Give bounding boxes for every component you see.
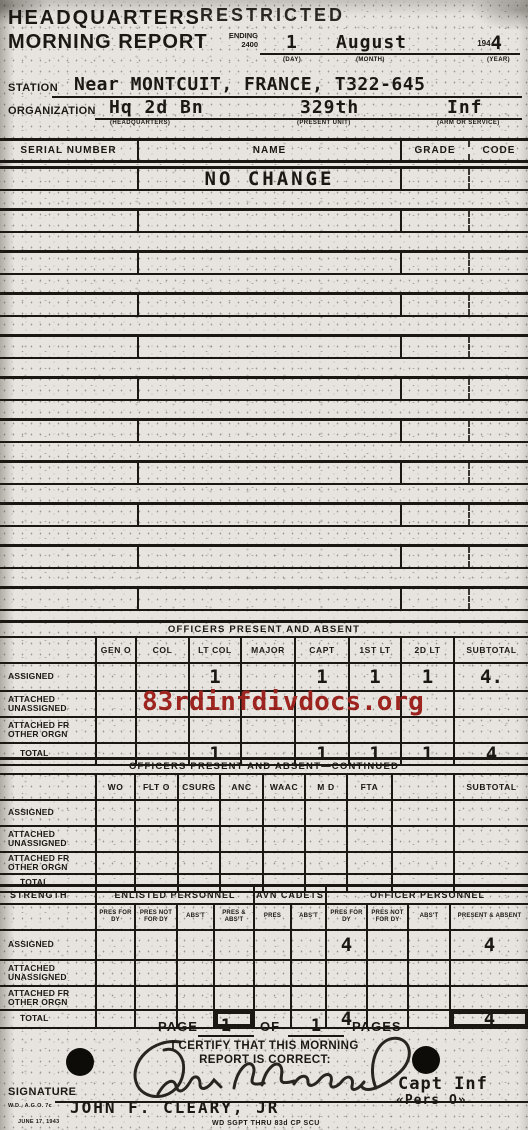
value-cell: 4. (453, 664, 528, 690)
roster-cell (468, 547, 528, 567)
value-cell (453, 827, 528, 851)
officers-table-title: OFFICERS PRESENT AND ABSENT (0, 620, 528, 638)
report-day: 1 (286, 32, 298, 53)
value-cell (219, 853, 262, 873)
strength-column-header-row: PRES FOR DYPRES NOT FOR DYABS'TPRES & AB… (0, 905, 528, 931)
value-cell (176, 931, 213, 959)
ending-label: ENDING (218, 31, 258, 40)
roster-cell (468, 211, 528, 231)
value-cell (176, 987, 213, 1009)
value-cell (453, 801, 528, 825)
column-header-row: WOFLT OCSURGANCWAACM DFTASUBTOTAL (0, 775, 528, 801)
col-header-subtotal: SUBTOTAL (453, 638, 528, 662)
signer-rank: Capt Inf (398, 1074, 488, 1094)
strength-corner-label: STRENGTH (0, 887, 95, 903)
roster-col-header-serial-number: SERIAL NUMBER (0, 141, 137, 160)
roster-row-empty (0, 376, 528, 401)
roster-cell (0, 589, 137, 609)
col-header-present-absent: PRESENT & ABSENT (449, 905, 528, 929)
arm-or-service-caption: (ARM OR SERVICE) (437, 120, 500, 126)
roster-cell (400, 589, 468, 609)
roster-cell (468, 463, 528, 483)
roster-cell (0, 169, 137, 189)
value-cell (453, 853, 528, 873)
col-header-capt: CAPT (294, 638, 348, 662)
roster-cell (400, 253, 468, 273)
value-cell (134, 801, 177, 825)
roster-cell (400, 337, 468, 357)
roster-cell (137, 547, 400, 567)
watermark: 83rdinfdivdocs.org (142, 687, 424, 717)
roster-row-empty (0, 208, 528, 233)
value-cell (304, 801, 346, 825)
roster-cell (0, 547, 137, 567)
value-cell (366, 961, 407, 985)
roster-row-empty (0, 460, 528, 485)
value-cell (391, 853, 453, 873)
roster-cell (137, 253, 400, 273)
handwritten-signature (122, 1028, 422, 1113)
row-label-attached-fr-other-orgn: ATTACHED FR OTHER ORGN (0, 718, 95, 742)
value-cell (95, 931, 134, 959)
value-cell (304, 827, 346, 851)
punch-hole-left (66, 1048, 94, 1076)
roster-cell (0, 379, 137, 399)
col-header-abs-t: ABS'T (176, 905, 213, 929)
roster-cell (0, 211, 137, 231)
value-cell (134, 961, 176, 985)
roster-row-empty (0, 334, 528, 359)
value-cell (95, 853, 134, 873)
data-row-attached-fr-other-orgn: ATTACHED FR OTHER ORGN (0, 987, 528, 1011)
roster-cell (400, 169, 468, 189)
roster-row-empty (0, 544, 528, 569)
year-preprint: 194 (477, 39, 490, 48)
value-cell (177, 801, 219, 825)
roster-row-empty (0, 250, 528, 275)
roster-cell (137, 589, 400, 609)
roster-col-header-code: CODE (468, 141, 528, 160)
roster-cell (468, 253, 528, 273)
roster-cell (0, 421, 137, 441)
value-cell (95, 987, 134, 1009)
value-cell (95, 961, 134, 985)
group-header-enlisted-personnel: ENLISTED PERSONNEL (95, 887, 253, 903)
value-cell (407, 931, 449, 959)
col-header-pres-abs-t: PRES & ABS'T (213, 905, 253, 929)
roster-cell (400, 505, 468, 525)
roster-cell (137, 379, 400, 399)
roster-cell (468, 421, 528, 441)
roster-cell (400, 379, 468, 399)
value-cell (346, 853, 391, 873)
morning-report-title: MORNING REPORT (8, 31, 208, 54)
col-header-abs-t: ABS'T (290, 905, 325, 929)
value-cell (135, 718, 188, 742)
roster-cell (0, 295, 137, 315)
col-header-subtotal: SUBTOTAL (453, 775, 528, 799)
data-row-assigned: ASSIGNED (0, 801, 528, 827)
col-header-pres-for-dy: PRES FOR DY (325, 905, 366, 929)
value-cell (219, 801, 262, 825)
roster-cell (468, 337, 528, 357)
col-header-pres-not-for-dy: PRES NOT FOR DY (366, 905, 407, 929)
form-reference-line-2: JUNE 17, 1943 (18, 1119, 60, 1125)
col-header-flt-o: FLT O (134, 775, 177, 799)
roster-cell (137, 295, 400, 315)
roster-row-empty (0, 586, 528, 611)
value-cell: 4 (325, 931, 366, 959)
year-typed: 4 (491, 32, 502, 54)
station-line: Near MONTCUIT, FRANCE, T322-645 (52, 74, 522, 98)
station-value: Near MONTCUIT, FRANCE, T322-645 (74, 74, 425, 95)
value-cell (346, 827, 391, 851)
row-label-header (0, 905, 95, 929)
value-cell (213, 987, 253, 1009)
data-row-attached-fr-other-orgn: ATTACHED FR OTHER ORGN (0, 853, 528, 875)
value-cell (453, 718, 528, 742)
roster-cell (400, 211, 468, 231)
value-cell (95, 718, 135, 742)
value-cell (294, 718, 348, 742)
roster-table: SERIAL NUMBERNAMEGRADECODE NO CHANGE (0, 138, 528, 628)
value-cell (366, 931, 407, 959)
roster-row-empty (0, 502, 528, 527)
col-header-major: MAJOR (240, 638, 294, 662)
roster-row-empty (0, 292, 528, 317)
roster-cell (400, 547, 468, 567)
value-cell (391, 801, 453, 825)
roster-cell (137, 337, 400, 357)
row-label-assigned: ASSIGNED (0, 931, 95, 959)
value-cell (176, 961, 213, 985)
row-label-header (0, 638, 95, 662)
roster-col-header-name: NAME (137, 141, 400, 160)
value-cell (348, 718, 400, 742)
col-header-1st-lt: 1ST LT (348, 638, 400, 662)
punch-hole-right (412, 1046, 440, 1074)
value-cell (449, 961, 528, 985)
day-caption: (DAY) (283, 57, 301, 63)
strength-group-header-row: STRENGTHENLISTED PERSONNELAVN CADETSOFFI… (0, 884, 528, 905)
col-header-wo: WO (95, 775, 134, 799)
roster-col-header-grade: GRADE (400, 141, 468, 160)
value-cell (391, 827, 453, 851)
value-cell (290, 961, 325, 985)
value-cell (304, 853, 346, 873)
roster-cell (137, 463, 400, 483)
col-header-gen-o: GEN O (95, 638, 135, 662)
data-row-attached-unassigned: ATTACHED UNASSIGNED (0, 961, 528, 987)
organization-label: ORGANIZATION (8, 105, 96, 117)
value-cell (95, 692, 135, 716)
group-header-officer-personnel: OFFICER PERSONNEL (325, 887, 528, 903)
value-cell (449, 987, 528, 1009)
row-label-attached-unassigned: ATTACHED UNASSIGNED (0, 692, 95, 716)
officers-continued-title: OFFICERS PRESENT AND ABSENT—CONTINUED (0, 757, 528, 775)
roster-row-no-change: NO CHANGE (0, 166, 528, 191)
value-cell (453, 692, 528, 716)
column-header-row: GEN OCOLLT COLMAJORCAPT1ST LT2D LTSUBTOT… (0, 638, 528, 664)
value-cell: 4 (449, 931, 528, 959)
value-cell (253, 931, 290, 959)
value-cell (219, 827, 262, 851)
col-header-csurg: CSURG (177, 775, 219, 799)
roster-cell (0, 463, 137, 483)
value-cell (240, 718, 294, 742)
month-caption: (MONTH) (356, 57, 385, 63)
data-row-attached-unassigned: ATTACHED UNASSIGNED (0, 827, 528, 853)
group-header-avn-cadets: AVN CADETS (253, 887, 325, 903)
form-reference-line-1: W.D., A.G.O. 7c (8, 1103, 52, 1109)
roster-cell (0, 337, 137, 357)
value-cell (188, 718, 240, 742)
report-date-line: 1 August 1944 (260, 31, 520, 55)
morning-report-document: HEADQUARTERS RESTRICTED MORNING REPORT E… (0, 0, 528, 1130)
value-cell (134, 853, 177, 873)
no-change-entry: NO CHANGE (137, 169, 400, 189)
value-cell (325, 987, 366, 1009)
value-cell (134, 827, 177, 851)
value-cell (253, 987, 290, 1009)
roster-cell (137, 505, 400, 525)
organization-arm-value: Inf (447, 97, 483, 118)
value-cell (253, 961, 290, 985)
value-cell (177, 827, 219, 851)
ending-2400-label: ENDING 2400 (218, 31, 258, 50)
report-year: 1944 (477, 32, 502, 54)
row-label-assigned: ASSIGNED (0, 664, 95, 690)
roster-cell (0, 505, 137, 525)
headquarters-caption: (HEADQUARTERS) (110, 120, 170, 126)
station-label: STATION (8, 82, 58, 94)
roster-cell (137, 211, 400, 231)
value-cell (262, 827, 304, 851)
value-cell (346, 801, 391, 825)
value-cell (95, 664, 135, 690)
col-header-col: COL (135, 638, 188, 662)
value-cell (95, 827, 134, 851)
value-cell (407, 961, 449, 985)
roster-cell (400, 463, 468, 483)
row-label-header (0, 775, 95, 799)
value-cell (407, 987, 449, 1009)
col-header-pres: PRES (253, 905, 290, 929)
ending-time: 2400 (218, 40, 258, 49)
roster-cell (468, 589, 528, 609)
value-cell (134, 987, 176, 1009)
value-cell (213, 961, 253, 985)
organization-unit-value: 329th (300, 97, 359, 118)
value-cell (290, 987, 325, 1009)
col-header-pres-not-for-dy: PRES NOT FOR DY (134, 905, 176, 929)
present-unit-caption: (PRESENT UNIT) (297, 120, 351, 126)
strength-table: STRENGTHENLISTED PERSONNELAVN CADETSOFFI… (0, 884, 528, 1029)
row-label-attached-unassigned: ATTACHED UNASSIGNED (0, 961, 95, 985)
row-label-attached-fr-other-orgn: ATTACHED FR OTHER ORGN (0, 987, 95, 1009)
routing-note: WD SGPT THRU 83d CP SCU (212, 1120, 320, 1127)
data-row-attached-fr-other-orgn: ATTACHED FR OTHER ORGN (0, 718, 528, 744)
col-header-2d-lt: 2D LT (400, 638, 453, 662)
organization-line: Hq 2d Bn 329th Inf (95, 97, 522, 120)
roster-cell (137, 421, 400, 441)
col-header-pres-for-dy: PRES FOR DY (95, 905, 134, 929)
roster-cell (468, 505, 528, 525)
row-label-attached-unassigned: ATTACHED UNASSIGNED (0, 827, 95, 851)
roster-cell (0, 253, 137, 273)
roster-row-empty (0, 418, 528, 443)
col-header-blank (391, 775, 453, 799)
roster-cell (468, 379, 528, 399)
row-label-attached-fr-other-orgn: ATTACHED FR OTHER ORGN (0, 853, 95, 873)
roster-cell (400, 421, 468, 441)
value-cell (366, 987, 407, 1009)
value-cell (262, 853, 304, 873)
value-cell (177, 853, 219, 873)
value-cell (262, 801, 304, 825)
col-header-abs-t: ABS'T (407, 905, 449, 929)
value-cell (290, 931, 325, 959)
roster-cell (468, 169, 528, 189)
value-cell (95, 801, 134, 825)
col-header-m-d: M D (304, 775, 346, 799)
headquarters-label: HEADQUARTERS (8, 7, 201, 30)
roster-cell (400, 295, 468, 315)
officers-continued-table: OFFICERS PRESENT AND ABSENT—CONTINUED WO… (0, 757, 528, 893)
col-header-fta: FTA (346, 775, 391, 799)
roster-cell (468, 295, 528, 315)
row-label-assigned: ASSIGNED (0, 801, 95, 825)
roster-header-row: SERIAL NUMBERNAMEGRADECODE (0, 138, 528, 163)
value-cell (400, 718, 453, 742)
value-cell (134, 931, 176, 959)
col-header-waac: WAAC (262, 775, 304, 799)
year-caption: (YEAR) (487, 57, 510, 63)
roster-rows: NO CHANGE (0, 166, 528, 611)
report-month: August (336, 32, 407, 53)
data-row-assigned: ASSIGNED44 (0, 931, 528, 961)
restricted-stamp: RESTRICTED (200, 5, 345, 26)
organization-headquarters-value: Hq 2d Bn (109, 97, 204, 118)
col-header-lt-col: LT COL (188, 638, 240, 662)
value-cell (325, 961, 366, 985)
value-cell (213, 931, 253, 959)
col-header-anc: ANC (219, 775, 262, 799)
